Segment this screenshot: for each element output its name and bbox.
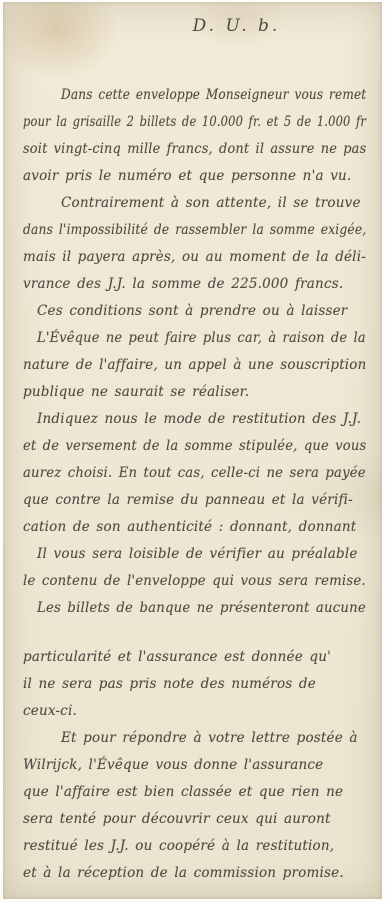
manuscript-line: restitué les J.J. ou coopéré à la restit… — [23, 833, 366, 860]
manuscript-line: cation de son authenticité : donnant, do… — [23, 514, 366, 541]
manuscript-line: et à la réception de la commission promi… — [23, 860, 366, 887]
manuscript-line: Wilrijck, l'Évêque vous donne l'assuranc… — [23, 752, 366, 779]
manuscript-line: ceux-ci. — [23, 698, 366, 725]
manuscript-line: que contre la remise du panneau et la vé… — [23, 487, 366, 514]
manuscript-line: Dans cette enveloppe Monseigneur vous re… — [61, 82, 334, 109]
manuscript-line: Indiquez nous le mode de restitution des… — [37, 406, 366, 433]
manuscript-line: sera tenté pour découvrir ceux qui auron… — [23, 806, 366, 833]
manuscript-line: aurez choisi. En tout cas, celle-ci ne s… — [23, 460, 358, 487]
manuscript-line: Ces conditions sont à prendre ou à laiss… — [37, 298, 366, 325]
letter-body: Dans cette enveloppe Monseigneur vous re… — [23, 82, 366, 887]
manuscript-line: particularité et l'assurance est donnée … — [23, 644, 366, 671]
manuscript-line: que l'affaire est bien classée et que ri… — [23, 779, 366, 806]
manuscript-line: Il vous sera loisible de vérifier au pré… — [37, 541, 366, 568]
manuscript-line: mais il payera après, ou au moment de la… — [23, 244, 365, 271]
scanned-letter: D. U. b. Dans cette enveloppe Monseigneu… — [0, 0, 386, 902]
manuscript-line: Les billets de banque ne présenteront au… — [37, 595, 360, 622]
manuscript-line: dans l'impossibilité de rassembler la so… — [23, 217, 334, 244]
manuscript-line: vrance des J.J. la somme de 225.000 fran… — [23, 271, 366, 298]
letter-page: D. U. b. Dans cette enveloppe Monseigneu… — [3, 2, 382, 899]
manuscript-line: publique ne saurait se réaliser. — [23, 379, 366, 406]
manuscript-line: et de versement de la somme stipulée, qu… — [23, 433, 355, 460]
manuscript-line: avoir pris le numéro et que personne n'a… — [23, 163, 366, 190]
manuscript-line: soit vingt-cinq mille francs, dont il as… — [23, 136, 351, 163]
manuscript-line: nature de l'affaire, un appel à une sous… — [23, 352, 364, 379]
manuscript-line: L'Évêque ne peut faire plus car, à raiso… — [37, 325, 353, 352]
manuscript-line: Et pour répondre à votre lettre postée à — [61, 725, 366, 752]
letter-heading: D. U. b. — [47, 2, 386, 56]
manuscript-line: Contrairement à son attente, il se trouv… — [61, 190, 366, 217]
manuscript-line: il ne sera pas pris note des numéros de — [23, 671, 366, 698]
manuscript-line: pour la grisaille 2 billets de 10.000 fr… — [23, 109, 314, 136]
manuscript-line: le contenu de l'enveloppe qui vous sera … — [23, 568, 360, 595]
